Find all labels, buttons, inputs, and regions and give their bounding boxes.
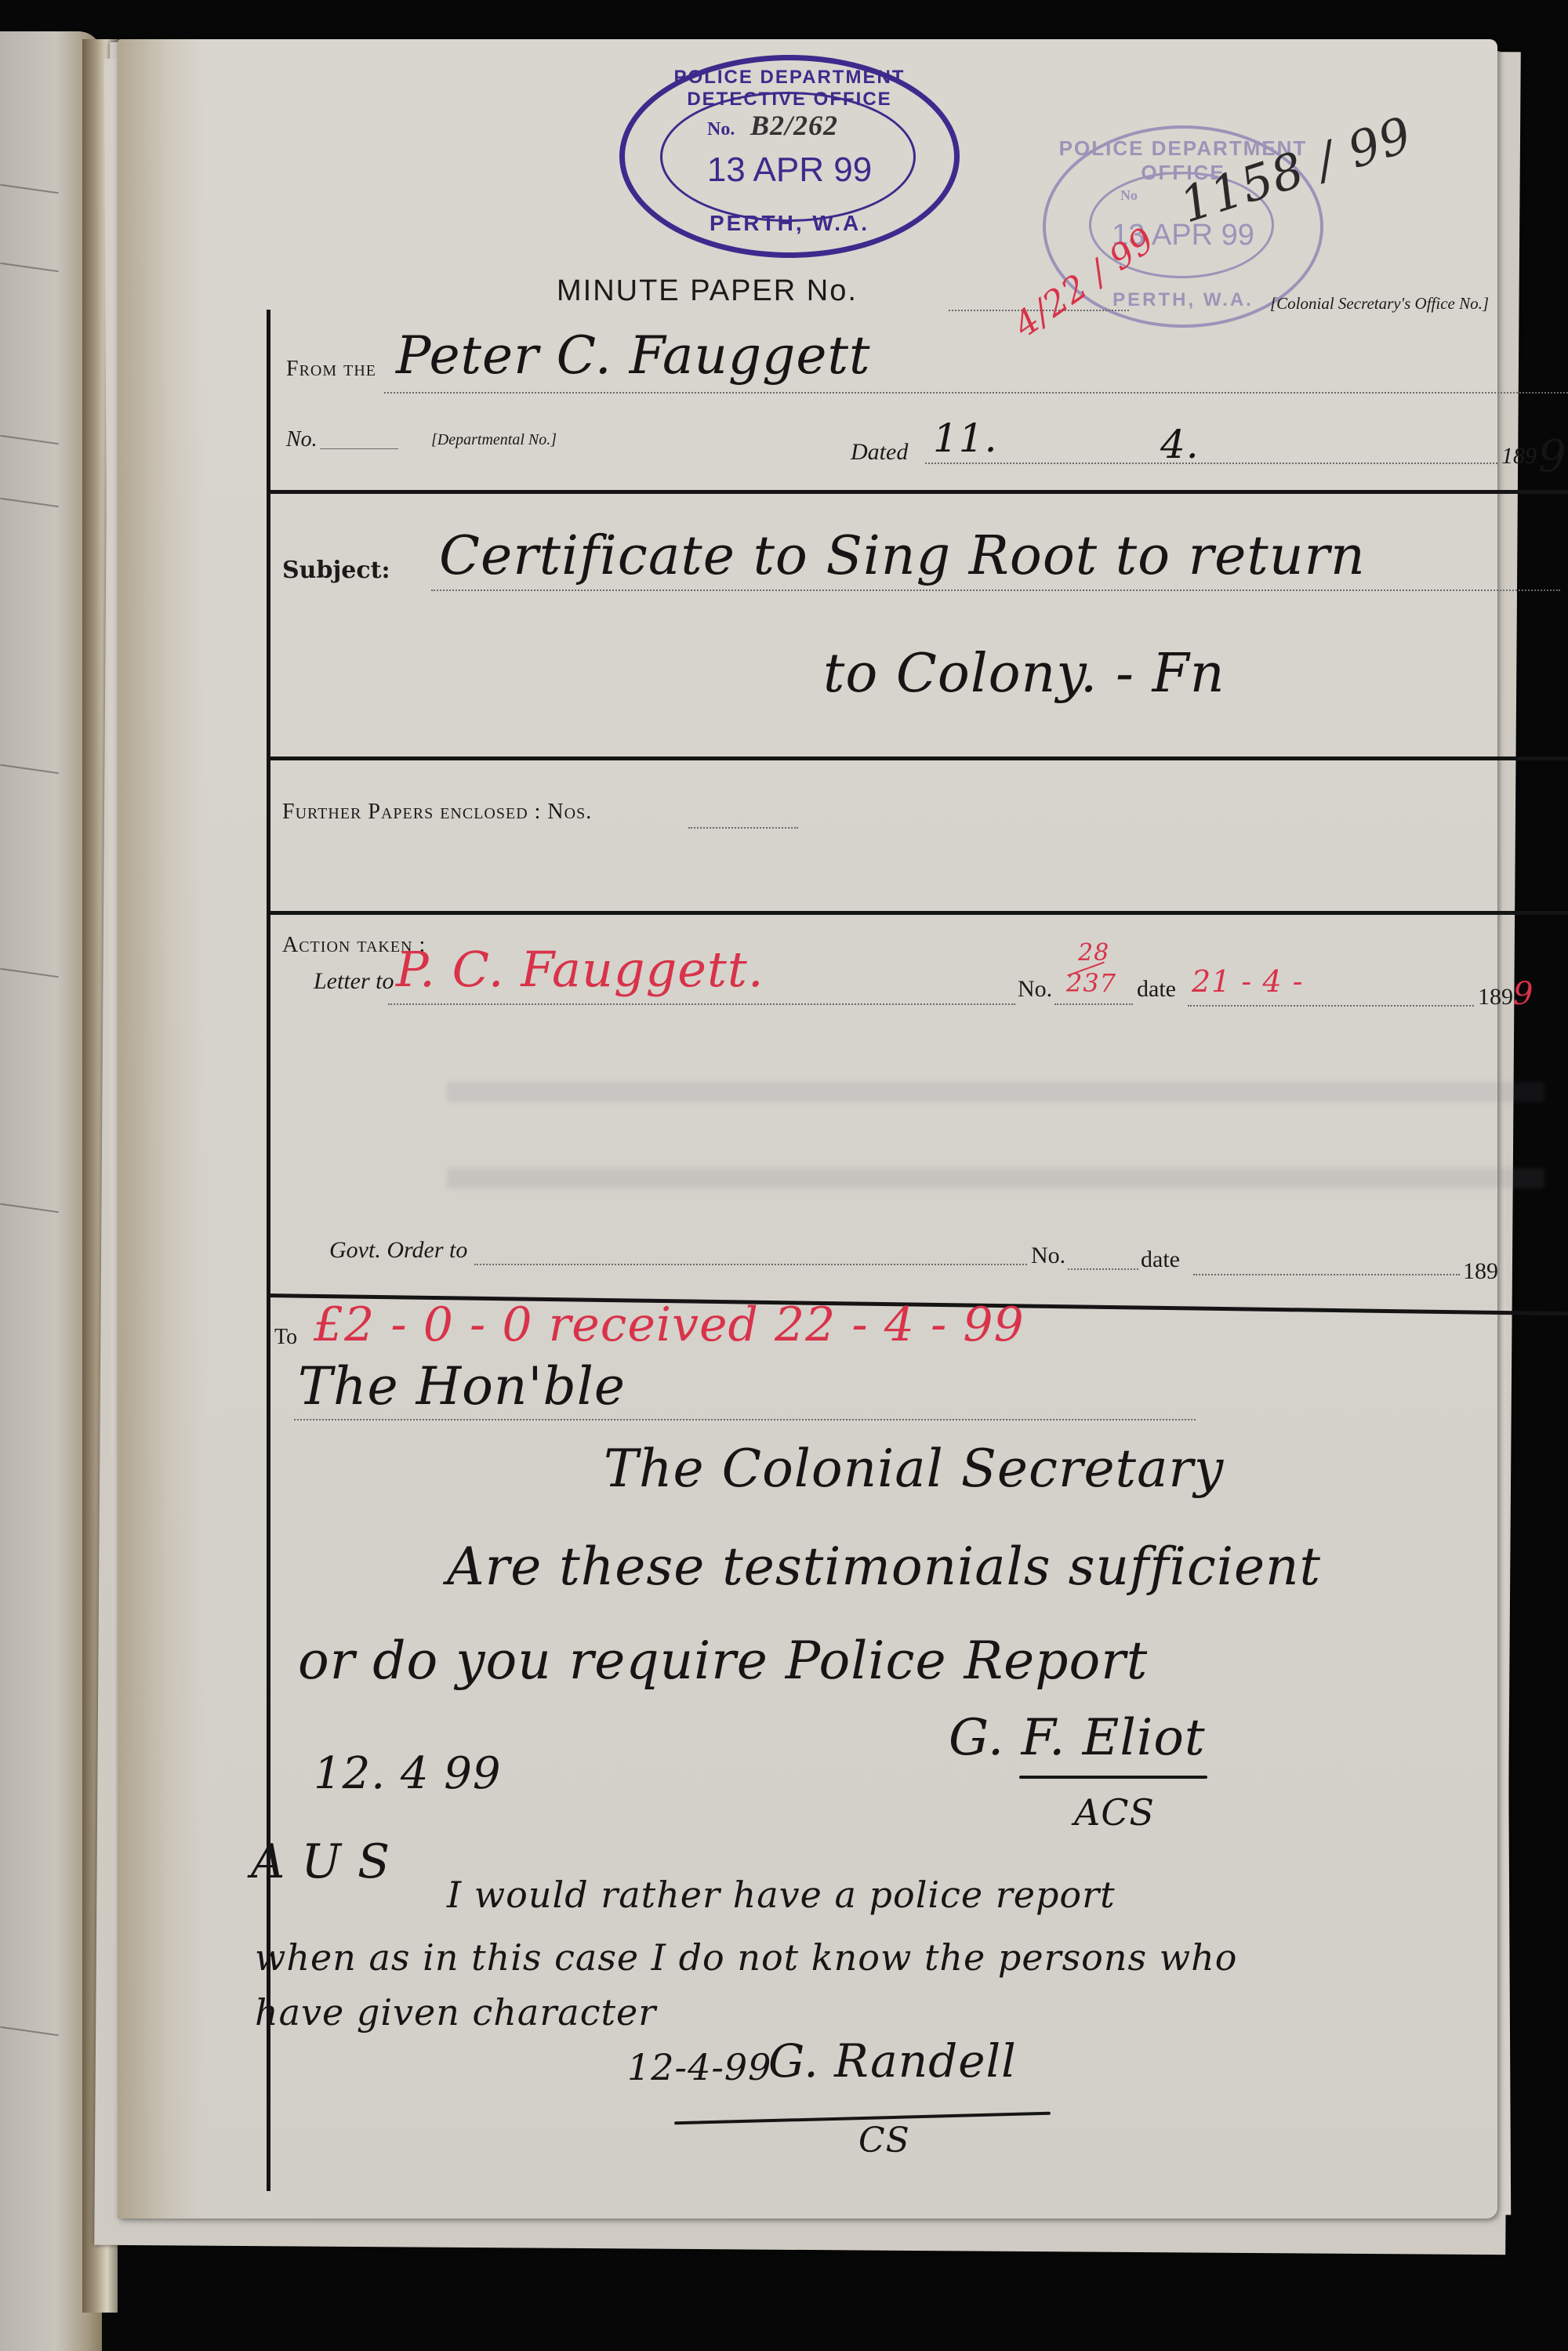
minute-line-2: Are these testimonials sufficient	[447, 1536, 1321, 1597]
form-title: MINUTE PAPER No.	[557, 274, 858, 308]
from-label: From the	[286, 357, 376, 382]
minute-2-title: CS	[858, 2121, 910, 2161]
to-label: To	[274, 1325, 297, 1350]
colonial-secretary-office-label: [Colonial Secretary's Office No.]	[1270, 294, 1489, 314]
letter-date-label: date	[1137, 976, 1176, 1003]
stamp-ring-text: POLICE DEPARTMENT DETECTIVE OFFICE	[625, 67, 954, 111]
stamp-date: 13 APR 99	[625, 151, 954, 190]
subject-line-2: to Colony. - Fn	[823, 643, 1225, 705]
govt-no-line	[1068, 1268, 1138, 1270]
govt-order-label: Govt. Order to	[329, 1237, 467, 1264]
signature-underline	[1019, 1776, 1207, 1779]
dated-label: Dated	[851, 439, 908, 466]
letter-date-value: 21 - 4 -	[1192, 964, 1303, 999]
section-rule	[267, 490, 1568, 494]
letter-year-hand: 9	[1513, 976, 1534, 1012]
minute-paper: POLICE DEPARTMENT DETECTIVE OFFICE No. B…	[118, 39, 1497, 2219]
letter-no-line	[1054, 1003, 1133, 1005]
stamp-no-value: B2/262	[750, 109, 838, 142]
section-rule	[267, 911, 1568, 915]
minute-1-signature: G. F. Eliot	[949, 1709, 1206, 1767]
table-rule	[0, 968, 59, 978]
dated-year-printed: 189	[1501, 443, 1537, 470]
letter-no-value-bottom: 237	[1066, 968, 1116, 998]
left-margin-rule	[267, 310, 270, 2191]
govt-date-label: date	[1141, 1246, 1180, 1273]
table-rule	[0, 1203, 59, 1213]
to-addressee: The Hon'ble	[298, 1356, 626, 1417]
dated-month: 4.	[1160, 422, 1200, 467]
departmental-no-line	[320, 448, 398, 449]
minute-2-line-1: I would rather have a police report	[447, 1874, 1116, 1916]
table-rule	[0, 498, 59, 507]
from-value: Peter C. Fauggett	[396, 325, 871, 386]
letter-year-printed: 189	[1478, 984, 1513, 1010]
stamp-ring-bottom: PERTH, W.A.	[625, 211, 954, 236]
minute-2-line-3: have given character	[255, 1991, 656, 2034]
letter-date-line	[1188, 1005, 1474, 1007]
minute-2-addressee: A U S	[251, 1834, 390, 1889]
govt-date-line	[1193, 1274, 1460, 1275]
table-rule	[0, 184, 59, 194]
departmental-no-label: No.	[286, 427, 318, 452]
dated-year-hand: 9	[1538, 431, 1567, 482]
table-rule	[0, 263, 59, 272]
minute-2-signature: G. Randell	[768, 2034, 1017, 2088]
letter-to-line	[388, 1003, 1015, 1005]
stamp-date: 13 APR 99	[1046, 219, 1320, 252]
stamp-no-label: No	[1120, 187, 1138, 204]
minute-2-line-2: when as in this case I do not know the p…	[255, 1936, 1237, 1979]
subject-line-1: Certificate to Sing Root to return	[439, 525, 1366, 587]
detective-office-stamp: POLICE DEPARTMENT DETECTIVE OFFICE No. B…	[619, 55, 960, 258]
show-through-text	[447, 1082, 1544, 1102]
letter-to-label: Letter to	[314, 968, 394, 995]
govt-no-label: No.	[1031, 1243, 1065, 1269]
dated-line	[925, 463, 1497, 464]
minute-1-title: ACS	[1074, 1791, 1155, 1834]
minute-2-date: 12-4-99	[627, 2046, 771, 2088]
departmental-no-hint: [Departmental No.]	[431, 431, 557, 449]
table-rule	[0, 2026, 59, 2036]
govt-order-line	[474, 1264, 1027, 1265]
letter-no-label: No.	[1018, 976, 1052, 1003]
minute-1-date: 12. 4 99	[314, 1748, 502, 1799]
from-line	[384, 392, 1568, 394]
further-papers-label: Further Papers enclosed : Nos.	[282, 800, 592, 825]
dated-day: 11.	[933, 415, 998, 461]
to-line	[294, 1419, 1196, 1420]
table-rule	[0, 764, 59, 774]
table-rule	[0, 435, 59, 444]
red-receipt-note: £2 - 0 - 0 received 22 - 4 - 99	[314, 1297, 1025, 1352]
minute-line-1: The Colonial Secretary	[604, 1439, 1224, 1499]
show-through-text	[447, 1168, 1544, 1188]
subject-line	[431, 590, 1560, 591]
further-papers-line	[688, 827, 798, 829]
govt-year-printed: 189	[1463, 1258, 1498, 1285]
minute-line-3: or do you require Police Report	[298, 1631, 1148, 1691]
stamp-no-label: No.	[707, 119, 735, 140]
section-rule	[267, 756, 1568, 760]
letter-no-value-top: 28	[1078, 939, 1109, 967]
letter-to-value: P. C. Fauggett.	[396, 941, 764, 998]
subject-label: Subject:	[282, 557, 390, 584]
